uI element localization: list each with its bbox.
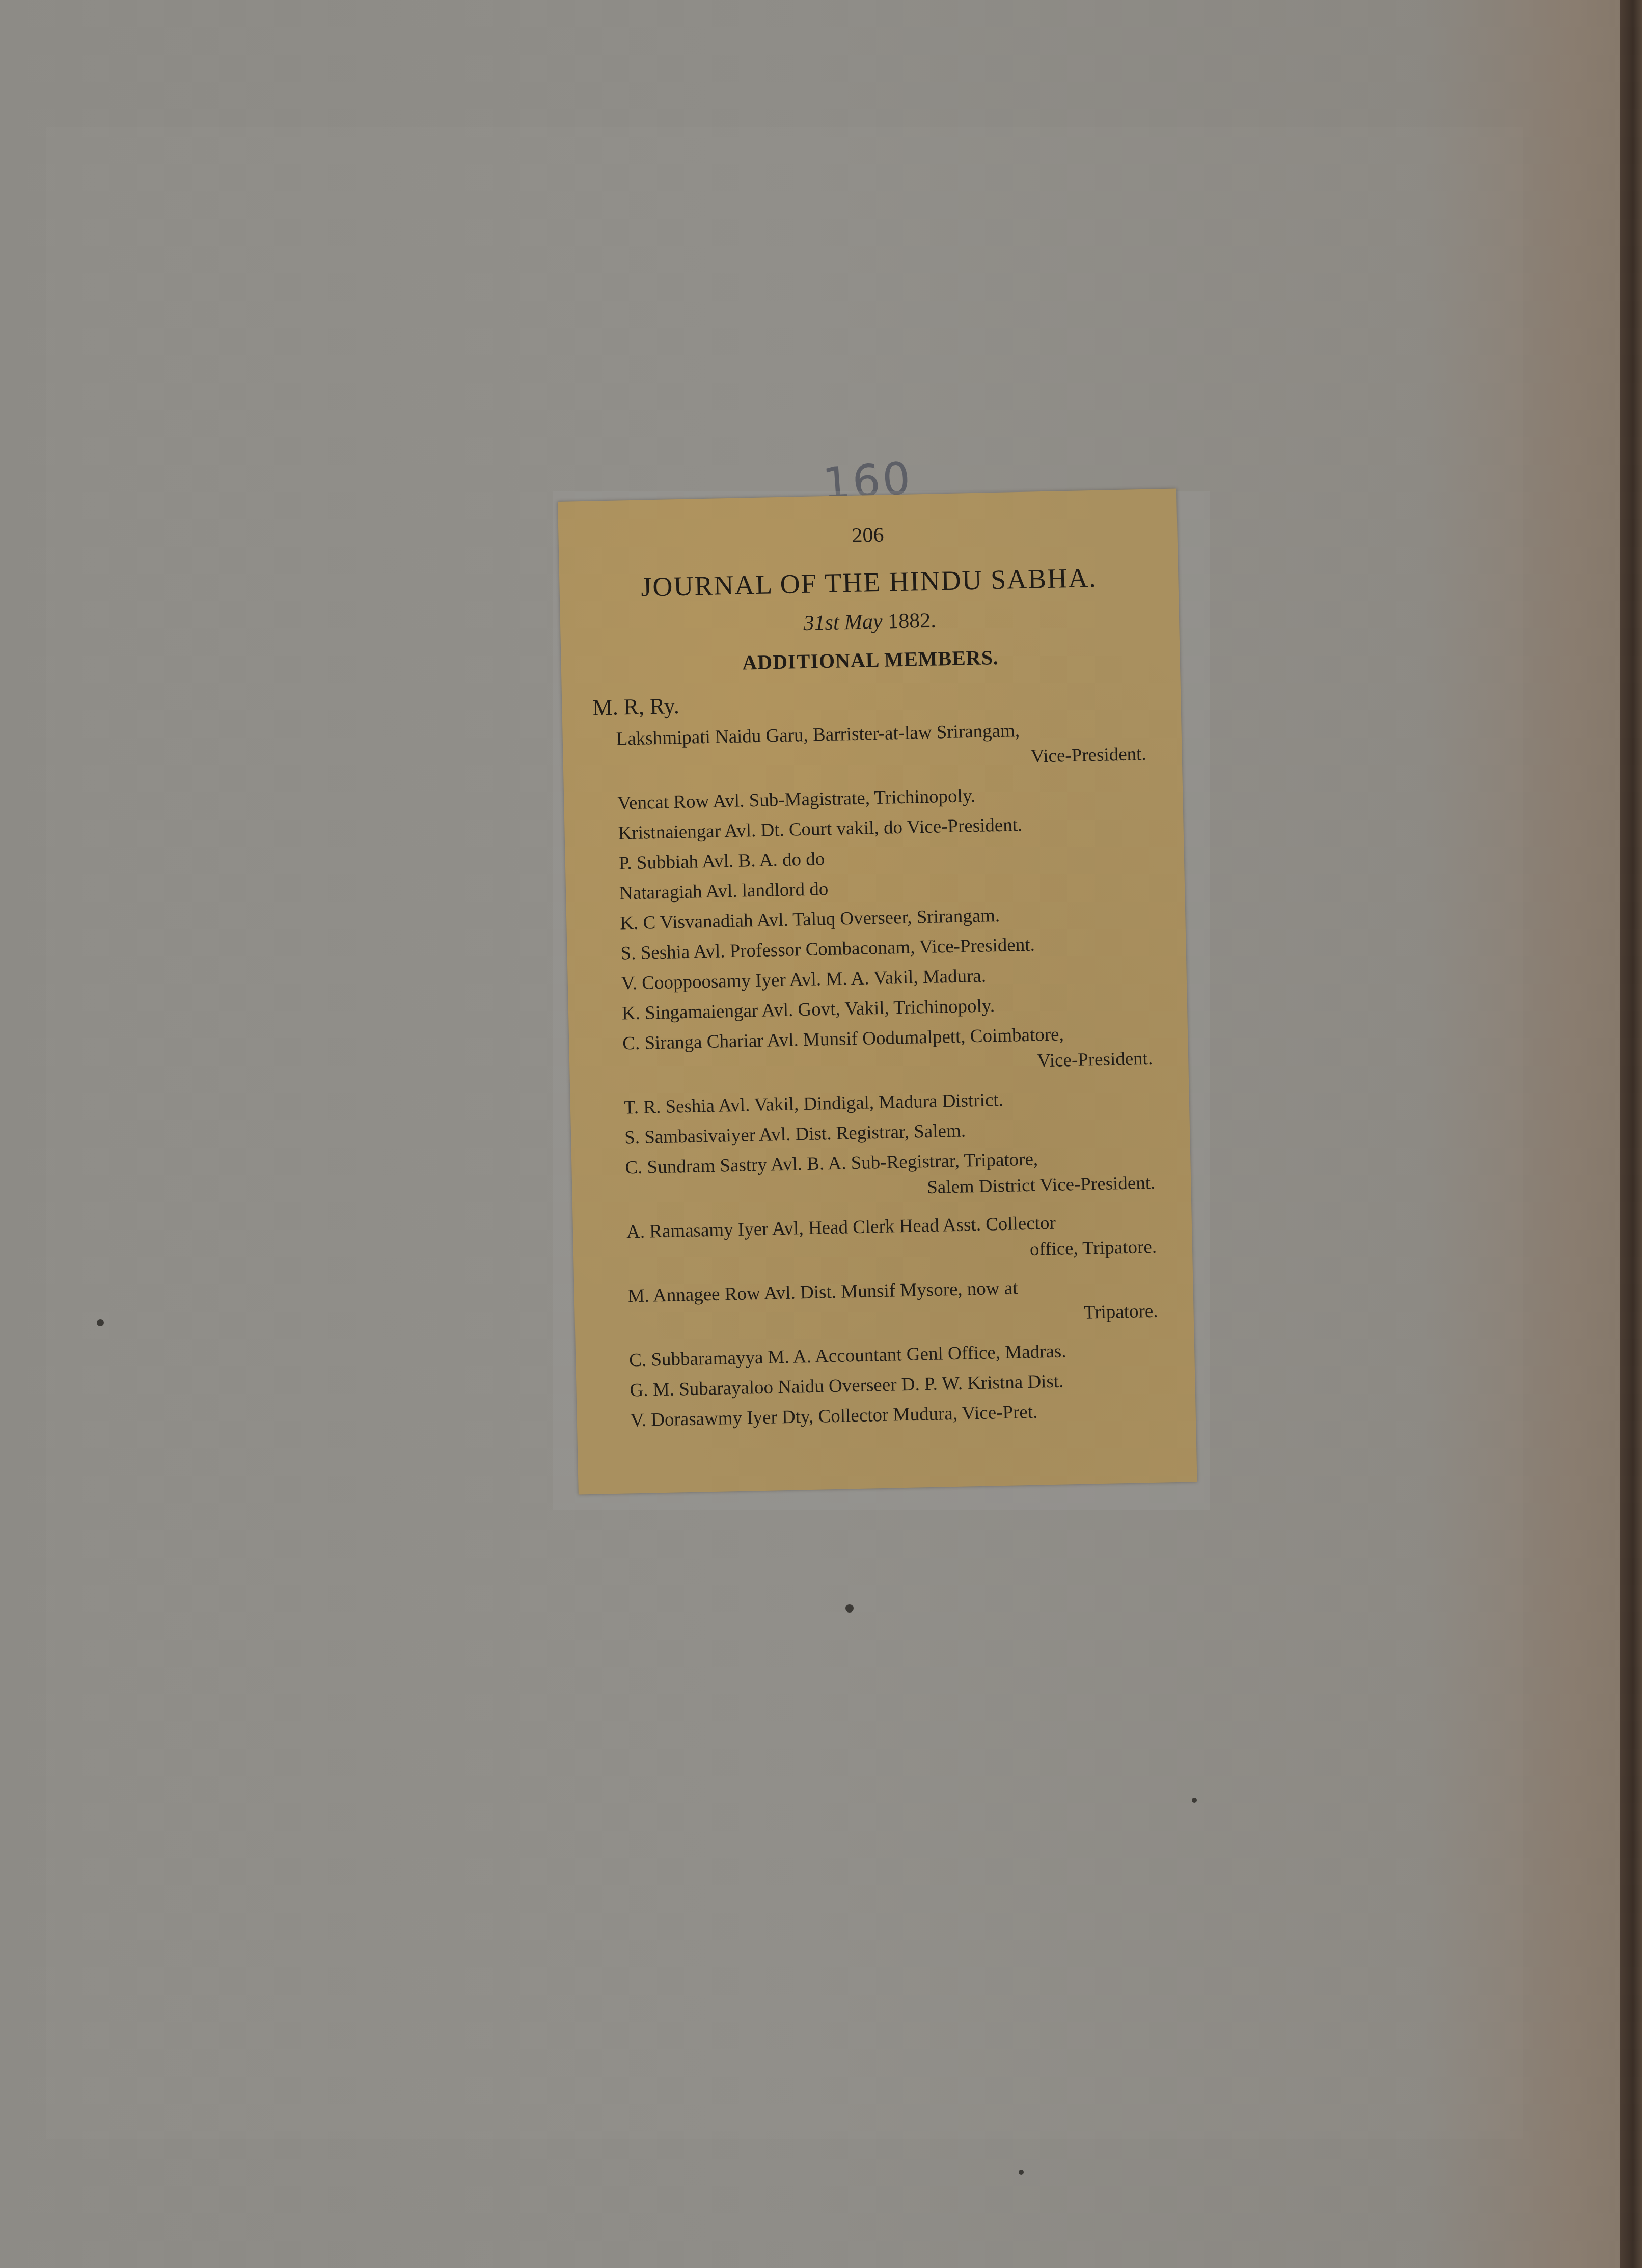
member-entry: Lakshmipati Naidu Garu, Barrister-at-law… <box>616 719 1157 775</box>
ink-speck <box>845 1604 854 1613</box>
member-entry: A. Ramasamy Iyer Avl, Head Clerk Head As… <box>626 1211 1167 1267</box>
member-continuation: Vice-President. <box>616 744 1157 774</box>
member-entry: S. Seshia Avl. Professor Combaconam, Vic… <box>620 933 1161 963</box>
member-entry: Kristnaiengar Avl. Dt. Court vakil, do V… <box>618 812 1158 842</box>
member-continuation: Salem District Vice-President. <box>625 1173 1166 1203</box>
member-line: T. R. Seshia Avl. Vakil, Dindigal, Madur… <box>624 1089 1004 1118</box>
member-line: V. Dorasawmy Iyer Dty, Collector Mudura,… <box>630 1402 1037 1431</box>
member-entry: C. Sundram Sastry Avl. B. A. Sub-Registr… <box>625 1147 1166 1203</box>
member-line: S. Sambasivaiyer Avl. Dist. Registrar, S… <box>624 1121 966 1149</box>
member-entry: K. Singamaiengar Avl. Govt, Vakil, Trich… <box>622 993 1162 1023</box>
member-continuation: Tripatore. <box>628 1301 1168 1331</box>
member-entry: V. Dorasawmy Iyer Dty, Collector Mudura,… <box>630 1400 1170 1430</box>
member-entry: T. R. Seshia Avl. Vakil, Dindigal, Madur… <box>624 1087 1164 1117</box>
member-line: P. Subbiah Avl. B. A. do do <box>618 849 825 873</box>
member-line: Kristnaiengar Avl. Dt. Court vakil, do V… <box>618 814 1023 844</box>
date-month: May <box>844 610 883 635</box>
member-entry: S. Sambasivaiyer Avl. Dist. Registrar, S… <box>624 1117 1165 1147</box>
member-line: C. Sundram Sastry Avl. B. A. Sub-Registr… <box>625 1149 1038 1179</box>
member-line: K. Singamaiengar Avl. Govt, Vakil, Trich… <box>622 995 995 1024</box>
member-line: C. Subbaramayya M. A. Accountant Genl Of… <box>629 1341 1066 1371</box>
member-entry: P. Subbiah Avl. B. A. do do <box>619 842 1159 872</box>
member-continuation: office, Tripatore. <box>627 1237 1167 1267</box>
member-entry: C. Subbaramayya M. A. Accountant Genl Of… <box>629 1340 1169 1370</box>
member-line: Lakshmipati Naidu Garu, Barrister-at-law… <box>616 720 1020 750</box>
member-line: A. Ramasamy Iyer Avl, Head Clerk Head As… <box>626 1213 1056 1243</box>
member-line: S. Seshia Avl. Professor Combaconam, Vic… <box>620 935 1035 964</box>
member-entry: G. M. Subarayaloo Naidu Overseer D. P. W… <box>630 1370 1170 1400</box>
members-list: Lakshmipati Naidu Garu, Barrister-at-law… <box>616 719 1170 1441</box>
member-line: Vencat Row Avl. Sub-Magistrate, Trichino… <box>617 785 976 814</box>
honorific-heading: M. R, Ry. <box>592 693 679 721</box>
member-entry: M. Annagee Row Avl. Dist. Munsif Mysore,… <box>627 1275 1168 1331</box>
section-heading: ADDITIONAL MEMBERS. <box>561 641 1180 678</box>
journal-date: 31st May 1882. <box>560 604 1180 641</box>
ink-speck <box>1192 1798 1197 1803</box>
member-continuation: Vice-President. <box>623 1049 1163 1079</box>
date-year: 1882. <box>888 609 936 634</box>
member-entry: C. Siranga Chariar Avl. Munsif Oodumalpe… <box>622 1023 1163 1079</box>
member-line: Nataragiah Avl. landlord do <box>619 879 829 904</box>
book-spine-edge <box>1620 0 1642 2268</box>
ink-speck <box>97 1319 104 1326</box>
journal-title: JOURNAL OF THE HINDU SABHA. <box>559 560 1179 605</box>
ink-speck <box>1019 2170 1024 2175</box>
album-page: 160 206 JOURNAL OF THE HINDU SABHA. 31st… <box>0 0 1620 2268</box>
date-day: 31st <box>803 611 839 635</box>
member-entry: V. Cooppoosamy Iyer Avl. M. A. Vakil, Ma… <box>621 963 1161 993</box>
member-entry: Nataragiah Avl. landlord do <box>619 872 1160 903</box>
member-entry: Vencat Row Avl. Sub-Magistrate, Trichino… <box>617 782 1158 812</box>
member-line: V. Cooppoosamy Iyer Avl. M. A. Vakil, Ma… <box>621 966 986 994</box>
member-line: M. Annagee Row Avl. Dist. Munsif Mysore,… <box>627 1277 1018 1306</box>
clipping-page-number: 206 <box>558 517 1178 554</box>
newspaper-clipping: 206 JOURNAL OF THE HINDU SABHA. 31st May… <box>558 489 1197 1495</box>
member-line: K. C Visvanadiah Avl. Taluq Overseer, Sr… <box>620 905 1000 934</box>
member-entry: K. C Visvanadiah Avl. Taluq Overseer, Sr… <box>620 903 1160 933</box>
member-line: G. M. Subarayaloo Naidu Overseer D. P. W… <box>630 1371 1064 1401</box>
member-line: C. Siranga Chariar Avl. Munsif Oodumalpe… <box>622 1024 1064 1054</box>
